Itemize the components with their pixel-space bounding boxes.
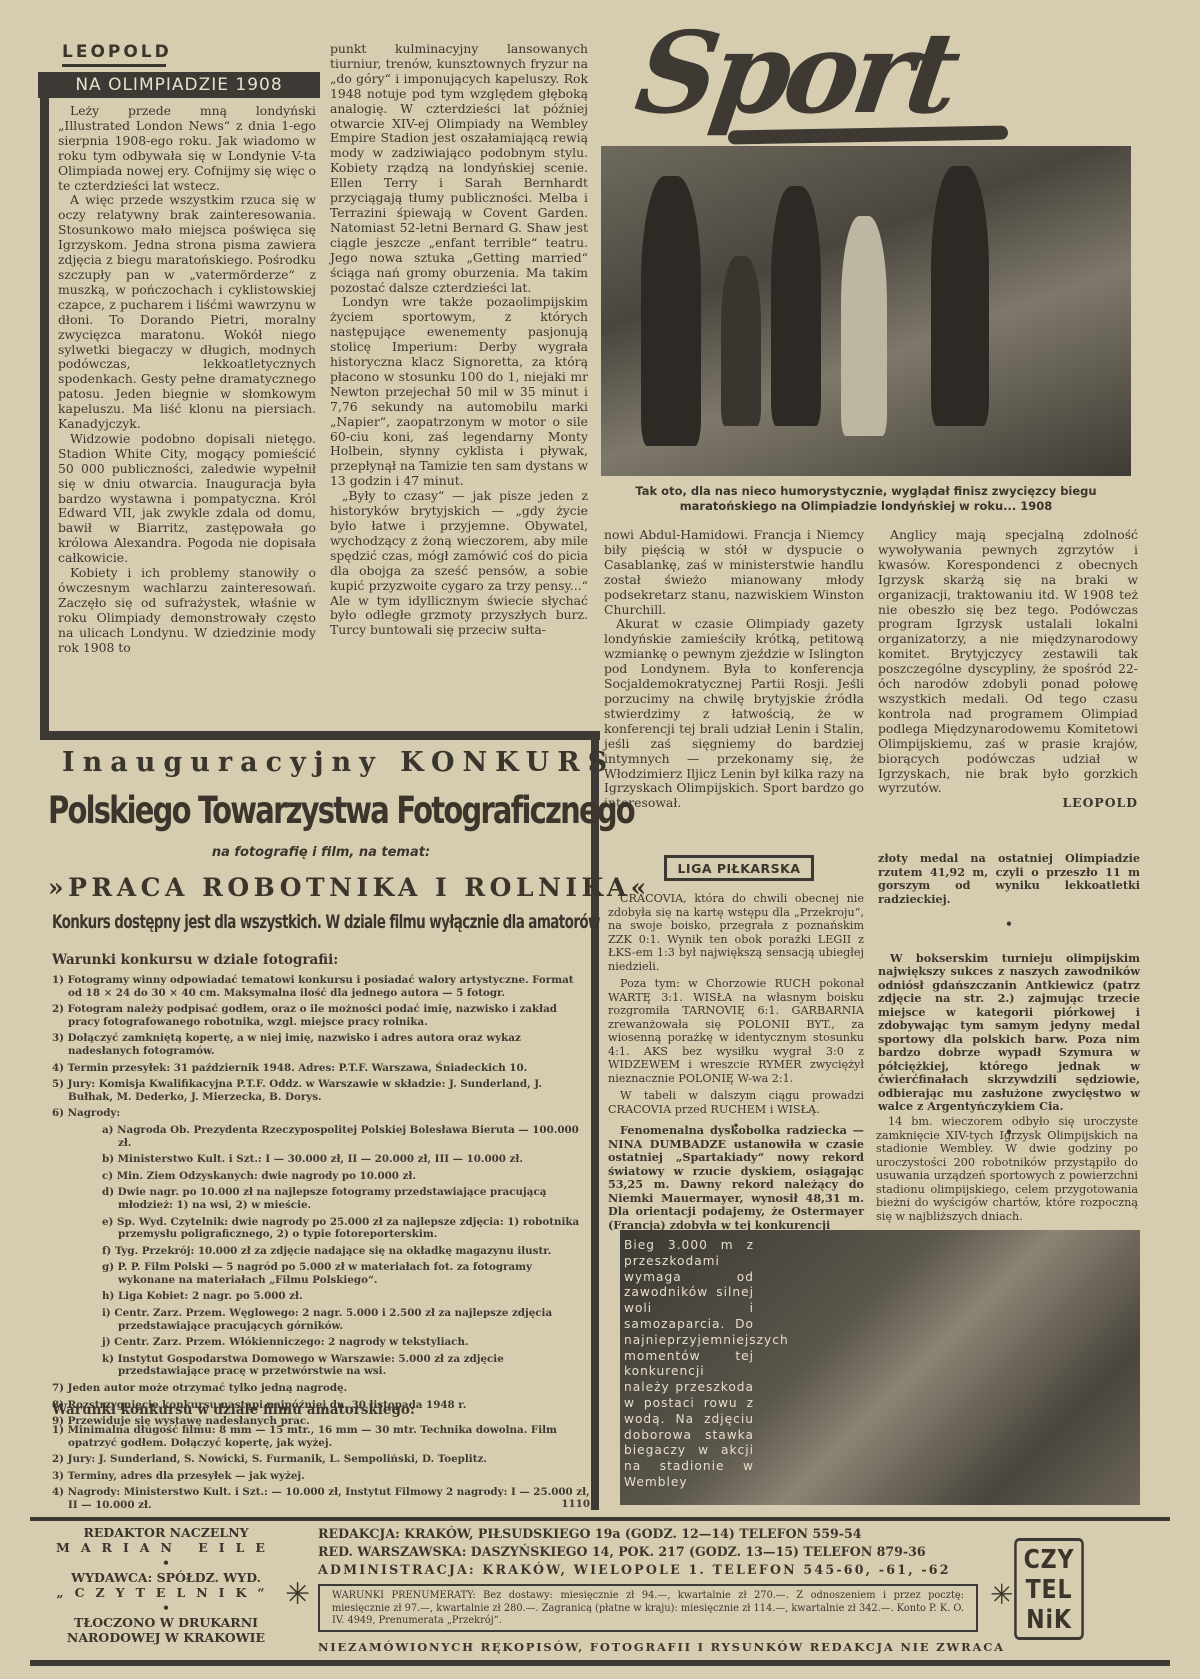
footer-bottom-rule (30, 1660, 1170, 1666)
article-paragraph: punkt kulminacyjny lansowanych tiurniur,… (330, 42, 588, 295)
prize-item: k) Instytut Gospodarstwa Domowego w Wars… (52, 1353, 590, 1378)
logo-line: TEL (1017, 1575, 1082, 1605)
prize-item: d) Dwie nagr. po 10.000 zł na najlepsze … (52, 1186, 590, 1211)
ad-heading-subtitle: na fotografię i film, na temat: (48, 845, 594, 860)
rule-item: 1) Minimalna długość filmu: 8 mm — 15 mt… (52, 1424, 590, 1449)
medal-note: złoty medal na ostatniej Olimpiadzie rzu… (878, 852, 1140, 906)
article-column-1: Leży przede mną londyński „Illustrated L… (58, 104, 316, 656)
footer-top-rule (30, 1517, 1170, 1521)
ad-heading-konkurs: Inauguracyjny KONKURS (62, 747, 592, 778)
photo-rules-list: 1) Fotogramy winny odpowiadać tematowi k… (52, 974, 590, 1428)
article-paragraph: Leży przede mną londyński „Illustrated L… (58, 104, 316, 193)
editor-label: REDAKTOR NACZELNY (46, 1525, 286, 1540)
rule-item: 4) Termin przesyłek: 31 październik 1948… (52, 1062, 590, 1075)
bullet: • (46, 1600, 286, 1615)
asterisk-icon: ✳ (990, 1578, 1013, 1611)
article-column-2: punkt kulminacyjny lansowanych tiurniur,… (330, 42, 588, 638)
prize-item: c) Min. Ziem Odzyskanych: dwie nagrody p… (52, 1170, 590, 1183)
address-line: ADMINISTRACJA: KRAKÓW, WIELOPOLE 1. TELE… (318, 1561, 978, 1579)
prize-item: j) Centr. Zarz. Przem. Włókienniczego: 2… (52, 1336, 590, 1349)
article-signature: LEOPOLD (878, 796, 1138, 811)
return-notice: NIEZAMÓWIONYCH RĘKOPISÓW, FOTOGRAFII I R… (318, 1640, 978, 1654)
separator-dot: • (878, 918, 1140, 932)
logo-line: NiK (1017, 1605, 1082, 1635)
byline-underline (62, 64, 166, 67)
ad-heading-eligibility: Konkurs dostępny jest dla wszystkich. W … (52, 912, 594, 934)
publisher-label: WYDAWCA: SPÓŁDZ. WYD. (46, 1570, 286, 1585)
sport-logo-text: Sport (629, 8, 962, 139)
prize-item: e) Sp. Wyd. Czytelnik: dwie nagrody po 2… (52, 1216, 590, 1241)
article-paragraph: Akurat w czasie Olimpiady gazety londyńs… (604, 617, 864, 811)
article-paragraph: Kobiety i ich problemy stanowiły o ówcze… (58, 566, 316, 655)
article-byline: LEOPOLD (62, 42, 172, 62)
rule-item: 6) Nagrody: (52, 1107, 590, 1120)
article-column-3: nowi Abdul-Hamidowi. Francja i Niemcy bi… (604, 528, 864, 811)
sport-section-logo: Sport (608, 8, 908, 138)
rule-item: 2) Fotogram należy podpisać godłem, oraz… (52, 1003, 590, 1028)
ad-heading-theme: »PRACA ROBOTNIKA I ROLNIKA« (48, 873, 594, 902)
liga-paragraph: Poza tym: w Chorzowie RUCH pokonał WARTĘ… (608, 977, 864, 1085)
rule-item: 3) Dołączyć zamkniętą kopertę, a w niej … (52, 1032, 590, 1057)
boxing-note: W bokserskim turnieju olimpijskim najwię… (878, 952, 1140, 1114)
subscription-box: WARUNKI PRENUMERATY: Bez dostawy: miesię… (318, 1584, 978, 1632)
rule-item: 5) Jury: Komisja Kwalifikacyjna P.T.F. O… (52, 1078, 590, 1103)
liga-paragraph: W tabeli w dalszym ciągu prowadzi CRACOV… (608, 1089, 864, 1116)
address-block: REDAKCJA: KRAKÓW, PIŁSUDSKIEGO 19a (GODZ… (318, 1525, 978, 1579)
czytelnik-logo: CZY TEL NiK (1014, 1538, 1084, 1640)
sports-notes: złoty medal na ostatniej Olimpiadzie rzu… (878, 852, 1140, 1139)
marathon-finish-photo (601, 146, 1131, 476)
article-paragraph: „Były to czasy“ — jak pisze jeden z hist… (330, 489, 588, 638)
nina-dumbadze-note: Fenomenalna dyskobolka radziecka — NINA … (608, 1124, 864, 1232)
editor-name: MARIAN EILE (46, 1540, 286, 1555)
article-paragraph: A więc przede wszystkim rzuca się w oczy… (58, 193, 316, 432)
rule-item: 2) Jury: J. Sunderland, S. Nowicki, S. F… (52, 1453, 590, 1466)
printer-line: TŁOCZONO W DRUKARNI (46, 1615, 286, 1630)
asterisk-icon: ✳ (285, 1577, 310, 1612)
film-rules-title: Warunki konkursu w dziale filmu amatorsk… (52, 1402, 590, 1418)
rule-item: 1) Fotogramy winny odpowiadać tematowi k… (52, 974, 590, 999)
prize-item: f) Tyg. Przekrój: 10.000 zł za zdjęcie n… (52, 1245, 590, 1258)
photo-rules-title: Warunki konkursu w dziale fotografii: (52, 952, 590, 968)
article-paragraph: Londyn wre także pozaolimpijskim życiem … (330, 295, 588, 489)
ad-film-rules: Warunki konkursu w dziale filmu amatorsk… (52, 1402, 590, 1510)
liga-paragraph: CRACOVIA, która do chwili obecnej nie zd… (608, 892, 864, 973)
address-line: RED. WARSZAWSKA: DASZYŃSKIEGO 14, POK. 2… (318, 1543, 978, 1561)
prize-item: g) P. P. Film Polski — 5 nagród po 5.000… (52, 1261, 590, 1286)
publisher-name: „CZYTELNIK“ (46, 1585, 286, 1600)
prize-item: a) Nagroda Ob. Prezydenta Rzeczypospolit… (52, 1124, 590, 1149)
prize-item: h) Liga Kobiet: 2 nagr. po 5.000 zł. (52, 1290, 590, 1303)
masthead-credits: REDAKTOR NACZELNY MARIAN EILE • WYDAWCA:… (46, 1525, 286, 1645)
closing-paragraph: 14 bm. wieczorem odbyło się uroczyste za… (876, 1115, 1138, 1223)
article-paragraph: Anglicy mają specjalną zdolność wywoływa… (878, 528, 1138, 796)
steeplechase-caption: Bieg 3.000 m z przeszkodami wymaga od za… (624, 1238, 754, 1491)
article-column-4: Anglicy mają specjalną zdolność wywoływa… (878, 528, 1138, 811)
printer-line: NARODOWEJ W KRAKOWIE (46, 1630, 286, 1645)
nina-paragraph: Fenomenalna dyskobolka radziecka — NINA … (608, 1124, 864, 1232)
film-rules-list: 1) Minimalna długość filmu: 8 mm — 15 mt… (52, 1424, 590, 1512)
rule-item: 3) Terminy, adres dla przesyłek — jak wy… (52, 1470, 590, 1483)
logo-line: CZY (1017, 1545, 1082, 1575)
liga-title: LIGA PIŁKARSKA (664, 855, 814, 881)
prize-item: b) Ministerstwo Kult. i Szt.: I — 30.000… (52, 1153, 590, 1166)
article-bottom-rule (40, 731, 600, 740)
prize-item: i) Centr. Zarz. Przem. Węglowego: 2 nagr… (52, 1307, 590, 1332)
marathon-photo-caption: Tak oto, dla nas nieco humorystycznie, w… (601, 484, 1131, 514)
article-title: NA OLIMPIADZIE 1908 (38, 72, 320, 98)
rule-item: 7) Jeden autor może otrzymać tylko jedną… (52, 1382, 590, 1395)
article-paragraph: Widzowie podobno dopisali nietęgo. Stadi… (58, 432, 316, 566)
bullet: • (46, 1555, 286, 1570)
article-paragraph: nowi Abdul-Hamidowi. Francja i Niemcy bi… (604, 528, 864, 617)
address-line: REDAKCJA: KRAKÓW, PIŁSUDSKIEGO 19a (GODZ… (318, 1525, 978, 1543)
liga-text: CRACOVIA, która do chwili obecnej nie zd… (608, 892, 864, 1134)
ad-heading-ptf: Polskiego Towarzystwa Fotograficznego (48, 788, 594, 832)
ad-photo-rules: Warunki konkursu w dziale fotografii: 1)… (52, 952, 590, 1432)
closing-ceremony-note: 14 bm. wieczorem odbyło się uroczyste za… (876, 1115, 1138, 1223)
